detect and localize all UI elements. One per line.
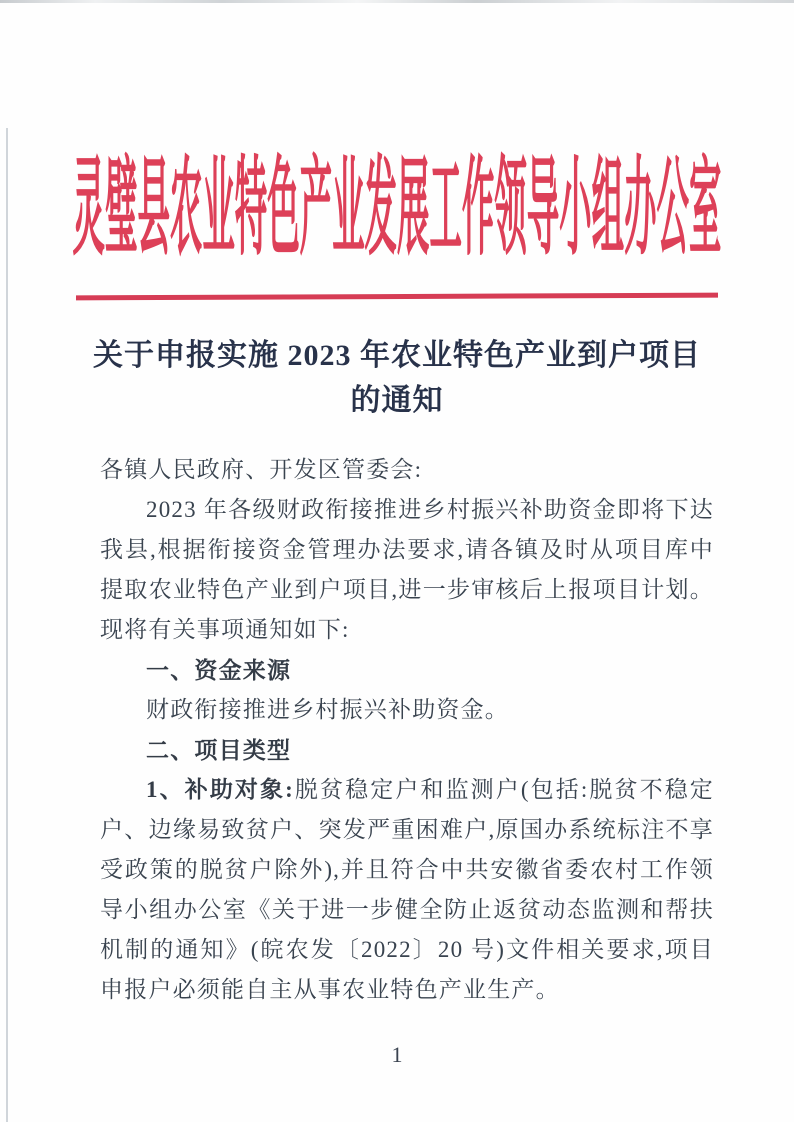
page-number: 1 <box>0 1042 794 1068</box>
paragraph-lead: 1、补助对象: <box>146 777 294 802</box>
document-page: 灵璧县农业特色产业发展工作领导小组办公室 关于申报实施 2023 年农业特色产业… <box>0 0 794 1122</box>
paragraph: 财政衔接推进乡村振兴补助资金。 <box>100 690 714 730</box>
document-title-line2: 的通知 <box>60 378 734 423</box>
section-heading: 一、资金来源 <box>100 650 714 690</box>
paragraph: 1、补助对象:脱贫稳定户和监测户(包括:脱贫不稳定户、边缘易致贫户、突发严重困难… <box>100 770 714 1010</box>
document-title-line1: 关于申报实施 2023 年农业特色产业到户项目 <box>60 333 734 378</box>
scan-artifact-top-edge <box>0 0 794 3</box>
letterhead-banner: 灵璧县农业特色产业发展工作领导小组办公室 <box>0 146 794 272</box>
paragraph: 各镇人民政府、开发区管委会: <box>100 450 714 490</box>
section-heading: 二、项目类型 <box>100 730 714 770</box>
issuing-office-name: 灵璧县农业特色产业发展工作领导小组办公室 <box>73 153 722 265</box>
letterhead-divider-rule <box>76 293 718 301</box>
document-title: 关于申报实施 2023 年农业特色产业到户项目 的通知 <box>60 333 734 423</box>
document-body: 各镇人民政府、开发区管委会:2023 年各级财政衔接推进乡村振兴补助资金即将下达… <box>100 450 714 1010</box>
paragraph: 2023 年各级财政衔接推进乡村振兴补助资金即将下达我县,根据衔接资金管理办法要… <box>100 490 714 650</box>
scan-artifact-left-edge <box>6 128 8 1122</box>
